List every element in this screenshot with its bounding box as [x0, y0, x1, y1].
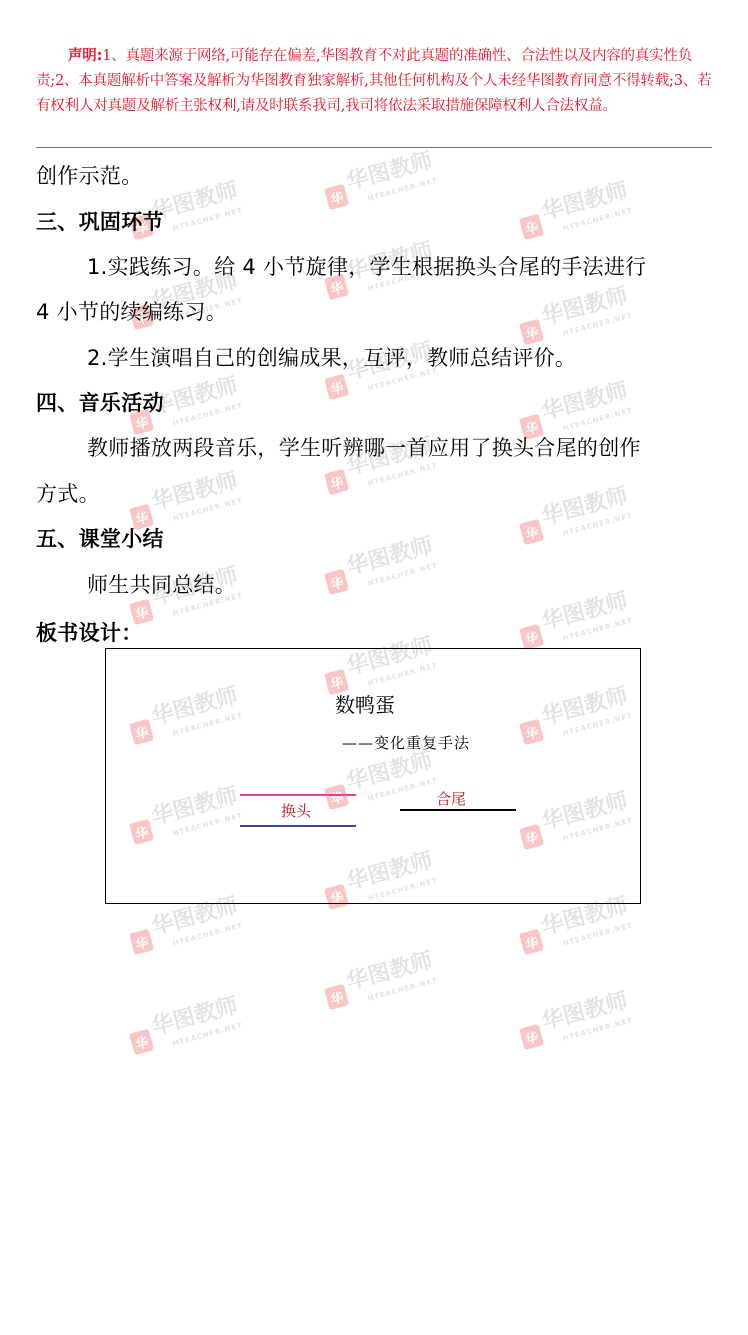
body-text: 创作示范。 [36, 162, 143, 190]
board-title: 数鸭蛋 [335, 689, 395, 718]
disclaimer-label: 声明: [68, 48, 102, 64]
watermark-logo-icon: 华 [519, 319, 544, 345]
watermark-logo-icon: 华 [129, 1029, 154, 1055]
body-text: 2.学生演唱自己的创编成果，互评，教师总结评价。 [87, 344, 576, 372]
watermark: 华华图教师HTEACHER.NET [127, 996, 246, 1064]
watermark: 华华图教师HTEACHER.NET [517, 991, 636, 1059]
watermark-text: 华图教师HTEACHER.NET [150, 996, 245, 1057]
blue-line [240, 825, 356, 827]
watermark-logo-icon: 华 [324, 469, 349, 495]
watermark-text: 华图教师HTEACHER.NET [345, 536, 440, 597]
watermark: 华华图教师HTEACHER.NET [517, 486, 636, 554]
watermark-logo-icon: 华 [324, 184, 349, 210]
divider [36, 147, 712, 148]
watermark: 华华图教师HTEACHER.NET [127, 896, 246, 964]
board-subtitle: ——变化重复手法 [342, 732, 470, 753]
watermark-text: 华图教师HTEACHER.NET [540, 896, 635, 957]
watermark-text: 华图教师HTEACHER.NET [540, 286, 635, 347]
section-heading: 五、课堂小结 [36, 525, 164, 553]
watermark: 华华图教师HTEACHER.NET [322, 951, 441, 1019]
blackboard-design: 数鸭蛋 ——变化重复手法 换头 合尾 [105, 648, 641, 904]
disclaimer-text: 1、真题来源于网络,可能存在偏差,华图教育不对此真题的准确性、合法性以及内容的真… [36, 48, 711, 114]
watermark-text: 华图教师HTEACHER.NET [540, 181, 635, 242]
watermark: 华华图教师HTEACHER.NET [322, 151, 441, 219]
watermark: 华华图教师HTEACHER.NET [517, 181, 636, 249]
pink-line [240, 794, 356, 796]
watermark: 华华图教师HTEACHER.NET [322, 536, 441, 604]
watermark: 华华图教师HTEACHER.NET [517, 896, 636, 964]
watermark-logo-icon: 华 [519, 519, 544, 545]
section-heading: 三、巩固环节 [36, 208, 164, 236]
body-text: 4 小节的续编练习。 [36, 298, 227, 326]
watermark-text: 华图教师HTEACHER.NET [540, 991, 635, 1052]
watermark-text: 华图教师HTEACHER.NET [150, 896, 245, 957]
watermark-text: 华图教师HTEACHER.NET [150, 181, 245, 242]
label-tail: 合尾 [436, 788, 466, 809]
section-heading: 板书设计： [36, 619, 143, 647]
disclaimer: 声明:1、真题来源于网络,可能存在偏差,华图教育不对此真题的准确性、合法性以及内… [36, 44, 712, 119]
watermark-logo-icon: 华 [519, 624, 544, 650]
watermark-logo-icon: 华 [324, 984, 349, 1010]
body-text: 1.实践练习。给 4 小节旋律，学生根据换头合尾的手法进行 [87, 253, 646, 281]
label-head: 换头 [281, 800, 311, 821]
watermark-logo-icon: 华 [129, 929, 154, 955]
body-text: 方式。 [36, 480, 100, 508]
watermark-text: 华图教师HTEACHER.NET [345, 151, 440, 212]
watermark-text: 华图教师HTEACHER.NET [150, 471, 245, 532]
section-heading: 四、音乐活动 [36, 389, 164, 417]
watermark-text: 华图教师HTEACHER.NET [540, 591, 635, 652]
watermark-logo-icon: 华 [519, 214, 544, 240]
watermark-logo-icon: 华 [324, 569, 349, 595]
watermark-text: 华图教师HTEACHER.NET [540, 486, 635, 547]
watermark-text: 华图教师HTEACHER.NET [150, 376, 245, 437]
black-line [400, 809, 516, 811]
body-text: 师生共同总结。 [87, 571, 236, 599]
watermark-logo-icon: 华 [519, 1024, 544, 1050]
watermark-logo-icon: 华 [519, 929, 544, 955]
watermark-text: 华图教师HTEACHER.NET [345, 951, 440, 1012]
watermark-logo-icon: 华 [324, 374, 349, 400]
body-text: 教师播放两段音乐，学生听辨哪一首应用了换头合尾的创作 [87, 434, 641, 462]
